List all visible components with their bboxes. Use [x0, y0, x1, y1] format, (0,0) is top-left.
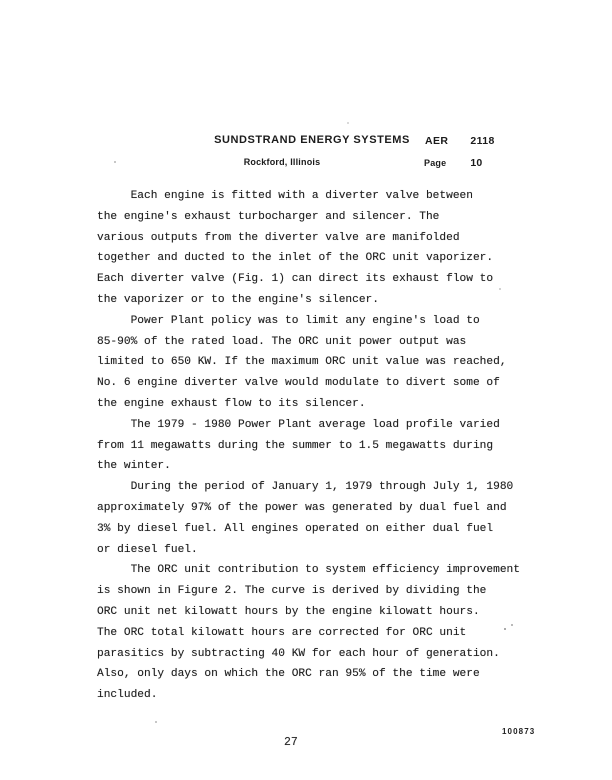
scan-speck — [347, 122, 349, 124]
doc-reference: AER2118 — [425, 135, 495, 147]
body-line: The ORC unit contribution to system effi… — [97, 560, 537, 581]
body-line: The ORC total kilowatt hours are correct… — [97, 623, 537, 644]
body-line: the winter. — [97, 456, 537, 477]
body-line: the engine's exhaust turbocharger and si… — [97, 207, 537, 228]
body-line: approximately 97% of the power was gener… — [97, 498, 537, 519]
body-line: included. — [97, 685, 537, 706]
body-text: Each engine is fitted with a diverter va… — [97, 186, 537, 706]
body-line: Each diverter valve (Fig. 1) can direct … — [97, 269, 537, 290]
document-page: SUNDSTRAND ENERGY SYSTEMS Rockford, Illi… — [0, 0, 612, 780]
body-line: During the period of January 1, 1979 thr… — [97, 477, 537, 498]
footer-page-number: 27 — [284, 736, 298, 749]
body-line: Power Plant policy was to limit any engi… — [97, 311, 537, 332]
doc-reference-number: 2118 — [470, 135, 494, 147]
body-line: the engine exhaust flow to its silencer. — [97, 394, 537, 415]
body-line: ORC unit net kilowatt hours by the engin… — [97, 602, 537, 623]
body-line: The 1979 - 1980 Power Plant average load… — [97, 415, 537, 436]
body-line: Also, only days on which the ORC ran 95%… — [97, 664, 537, 685]
body-line: together and ducted to the inlet of the … — [97, 248, 537, 269]
page-reference-label: Page — [424, 158, 446, 168]
stamp-number: 100873 — [502, 727, 535, 736]
doc-reference-label: AER — [425, 135, 448, 147]
company-name: SUNDSTRAND ENERGY SYSTEMS — [187, 134, 437, 146]
company-location: Rockford, Illinois — [206, 157, 358, 167]
body-line: No. 6 engine diverter valve would modula… — [97, 373, 537, 394]
scan-speck — [114, 161, 116, 163]
scan-speck — [155, 721, 157, 723]
body-line: parasitics by subtracting 40 KW for each… — [97, 644, 537, 665]
body-line: from 11 megawatts during the summer to 1… — [97, 436, 537, 457]
scan-speck — [504, 628, 506, 630]
body-line: the vaporizer or to the engine's silence… — [97, 290, 537, 311]
scan-speck — [511, 624, 513, 626]
body-line: 3% by diesel fuel. All engines operated … — [97, 519, 537, 540]
body-line: limited to 650 KW. If the maximum ORC un… — [97, 352, 537, 373]
scan-speck — [499, 288, 501, 290]
page-reference: Page10 — [424, 157, 482, 169]
body-line: 85-90% of the rated load. The ORC unit p… — [97, 332, 537, 353]
body-line: various outputs from the diverter valve … — [97, 228, 537, 249]
page-reference-number: 10 — [470, 157, 482, 169]
body-line: is shown in Figure 2. The curve is deriv… — [97, 581, 537, 602]
body-line: or diesel fuel. — [97, 540, 537, 561]
body-line: Each engine is fitted with a diverter va… — [97, 186, 537, 207]
